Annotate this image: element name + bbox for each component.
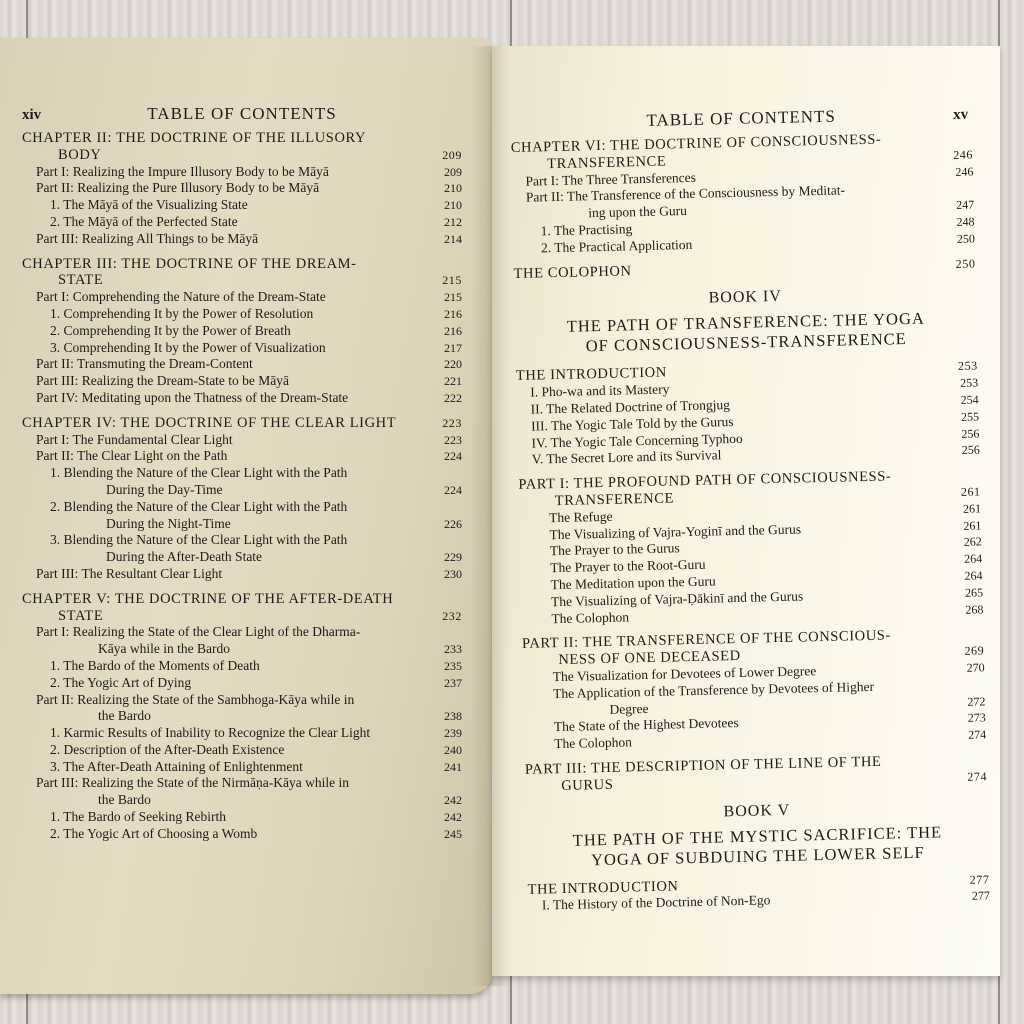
toc-page-number: 222 [432,390,462,407]
toc-page-number: 217 [432,340,462,357]
right-page: TABLE OF CONTENTS xv CHAPTER VI: THE DOC… [492,46,1000,976]
toc-page-number: 277 [960,888,990,905]
toc-entry: 2. Blending the Nature of the Clear Ligh… [22,499,462,533]
toc-entry-title: Part III: The Resultant Clear Light [36,566,222,581]
toc-entry: Part II: Transmuting the Dream-Content22… [22,356,462,373]
toc-entry-title: 1. The Practising [540,221,632,238]
toc-page-number: 268 [953,601,983,618]
toc-entry-title: 3. Blending the Nature of the Clear Ligh… [50,532,347,547]
book-title: THE PATH OF TRANSFERENCE: THE YOGA OF CO… [515,308,978,358]
toc-page-number: 265 [953,584,983,601]
toc-entry-title: 1. The Bardo of the Moments of Death [50,658,260,673]
toc-entry: 1. Karmic Results of Inability to Recogn… [22,725,462,742]
toc-page-number: 261 [951,517,981,534]
toc-page-number: 253 [948,358,978,375]
toc-entry: 1. The Bardo of the Moments of Death235 [22,658,462,675]
toc-page-number: 233 [432,641,462,658]
toc-page-number: 226 [432,516,462,533]
toc-page-number: 255 [949,408,979,425]
toc-entry: Part III: Realizing All Things to be Māy… [22,231,462,248]
toc-page-number: 238 [432,708,462,725]
toc-page-number: 216 [432,323,462,340]
toc-entry-title: Part II: The Clear Light on the Path [36,448,227,463]
toc-entry-title: CHAPTER III: THE DOCTRINE OF THE DREAM- [22,256,357,272]
toc-entry-title: Part I: The Fundamental Clear Light [36,432,233,447]
toc-page-number: 277 [959,871,989,888]
toc-entry-title-continuation: Kāya while in the Bardo [36,641,428,658]
toc-entry-title: 2. The Māyā of the Perfected State [50,214,238,229]
left-toc: xiv TABLE OF CONTENTS CHAPTER II: THE DO… [22,104,462,843]
toc-page-number: 246 [943,163,973,180]
toc-entry-title-continuation: BODY [22,147,428,164]
toc-page-number: 269 [954,643,984,660]
toc-entry: 3. The After-Death Attaining of Enlighte… [22,759,462,776]
toc-entry-list: THE INTRODUCTION277I. The History of the… [527,871,990,915]
toc-page-number: 261 [951,500,981,517]
toc-entry-title: Part I: Realizing the State of the Clear… [36,624,360,639]
toc-entry-title: 1. The Bardo of Seeking Rebirth [50,809,226,824]
toc-page-number: 209 [432,147,462,164]
toc-entry: Part I: Realizing the Impure Illusory Bo… [22,164,462,181]
toc-entry: Part II: The Clear Light on the Path224 [22,448,462,465]
toc-page-number: 229 [432,549,462,566]
toc-page-number: 256 [949,425,979,442]
toc-entry-title: 1. Comprehending It by the Power of Reso… [50,306,313,321]
left-page: xiv TABLE OF CONTENTS CHAPTER II: THE DO… [0,38,492,994]
book-title: THE PATH OF THE MYSTIC SACRIFICE: THE YO… [526,821,989,871]
toc-page-number: 230 [432,566,462,583]
toc-page-number: 223 [432,432,462,449]
toc-entry-list: CHAPTER II: THE DOCTRINE OF THE ILLUSORY… [22,130,462,843]
toc-page-number: 237 [432,675,462,692]
toc-entry-title: The Refuge [549,509,613,525]
toc-entry-title-continuation: the Bardo [36,792,428,809]
toc-entry-title: 1. The Māyā of the Visualizing State [50,197,248,212]
toc-page-number: 216 [432,306,462,323]
toc-entry-title: 3. The After-Death Attaining of Enlighte… [50,759,303,774]
toc-entry-title: Part III: Realizing the Dream-State to b… [36,373,289,388]
running-head-title: TABLE OF CONTENTS [510,104,972,134]
toc-entry-title: The State of the Highest Devotees [554,715,739,734]
toc-page-number: 270 [955,659,985,676]
toc-page-number: 215 [432,272,462,289]
right-toc: TABLE OF CONTENTS xv CHAPTER VI: THE DOC… [510,104,990,915]
toc-page-number: 246 [943,146,973,163]
toc-entry-title: The Colophon [554,735,632,752]
toc-page-number: 273 [956,710,986,727]
running-head-title: TABLE OF CONTENTS [22,104,462,124]
toc-entry-title: The Prayer to the Gurus [550,541,680,559]
toc-entry: Part III: The Resultant Clear Light230 [22,566,462,583]
toc-page-number: 274 [956,726,986,743]
toc-entry-title: I. Pho-wa and its Mastery [530,382,669,400]
toc-entry-title: CHAPTER II: THE DOCTRINE OF THE ILLUSORY [22,130,366,146]
toc-entry: 3. Comprehending It by the Power of Visu… [22,340,462,357]
toc-entry-title: 2. Comprehending It by the Power of Brea… [50,323,291,338]
toc-page-number: 210 [432,197,462,214]
toc-page-number: 264 [952,567,982,584]
toc-entry-title: 1. Blending the Nature of the Clear Ligh… [50,465,347,480]
toc-entry-title-continuation: the Bardo [36,708,428,725]
toc-entry: 2. Description of the After-Death Existe… [22,742,462,759]
toc-entry: Part I: The Fundamental Clear Light223 [22,432,462,449]
toc-entry-title: 2. Description of the After-Death Existe… [50,742,284,757]
toc-entry: 1. The Māyā of the Visualizing State210 [22,197,462,214]
toc-page-number: 220 [432,356,462,373]
toc-page-number: 212 [432,214,462,231]
toc-entry: Part III: Realizing the Dream-State to b… [22,373,462,390]
toc-entry-title: 2. Blending the Nature of the Clear Ligh… [50,499,347,514]
toc-page-number: 242 [432,809,462,826]
toc-page-number: 274 [957,768,987,785]
toc-entry: Part II: Realizing the Pure Illusory Bod… [22,180,462,197]
page-folio: xiv [22,107,41,124]
toc-page-number: 240 [432,742,462,759]
toc-page-number: 235 [432,658,462,675]
toc-entry: 3. Blending the Nature of the Clear Ligh… [22,532,462,566]
toc-entry-title: Part III: Realizing All Things to be Māy… [36,231,258,246]
toc-entry-title: Part I: The Three Transferences [525,169,696,188]
toc-entry: THE COLOPHON250 [513,255,975,282]
toc-entry: 2. The Māyā of the Perfected State212 [22,214,462,231]
toc-entry-title: THE COLOPHON [513,263,631,282]
toc-entry-title-continuation: During the Day-Time [50,482,428,499]
toc-page-number: 241 [432,759,462,776]
toc-entry-title: Part II: Transmuting the Dream-Content [36,356,253,371]
toc-entry-title: Part IV: Meditating upon the Thatness of… [36,390,348,405]
toc-entry-title: Part III: Realizing the State of the Nir… [36,775,349,790]
toc-entry-title: The Prayer to the Root-Guru [550,557,706,576]
toc-page-number: 262 [952,534,982,551]
toc-page-number: 221 [432,373,462,390]
toc-entry: CHAPTER V: THE DOCTRINE OF THE AFTER-DEA… [22,591,462,625]
toc-page-number: 250 [945,255,975,272]
toc-entry: PART III: THE DESCRIPTION OF THE LINE OF… [525,751,988,795]
toc-page-number: 256 [950,442,980,459]
book-heading: BOOK IV [514,284,976,312]
toc-page-number: 250 [945,230,975,247]
toc-page-number: 223 [432,415,462,432]
toc-entry-title: The Meditation upon the Guru [551,573,716,592]
toc-entry-title-continuation: During the Night-Time [50,516,428,533]
toc-entry: Part II: Realizing the State of the Samb… [22,692,462,726]
toc-page-number: 214 [432,231,462,248]
toc-entry: 1. Blending the Nature of the Clear Ligh… [22,465,462,499]
toc-page-number: 245 [432,826,462,843]
toc-entry-title: 3. Comprehending It by the Power of Visu… [50,340,326,355]
toc-entry: 1. The Bardo of Seeking Rebirth242 [22,809,462,826]
toc-entry: CHAPTER III: THE DOCTRINE OF THE DREAM-S… [22,256,462,290]
toc-page-number: 272 [955,693,985,710]
toc-page-number: 209 [432,164,462,181]
toc-entry: 2. Comprehending It by the Power of Brea… [22,323,462,340]
running-head: xiv TABLE OF CONTENTS [22,104,462,126]
toc-entry: 1. Comprehending It by the Power of Reso… [22,306,462,323]
page-folio: xv [953,107,968,124]
toc-entry-title: Part I: Realizing the Impure Illusory Bo… [36,164,329,179]
toc-entry-title: 1. Karmic Results of Inability to Recogn… [50,725,370,740]
toc-entry-title-continuation: During the After-Death State [50,549,428,566]
toc-entry-title: Part I: Comprehending the Nature of the … [36,289,326,304]
toc-entry: Part III: Realizing the State of the Nir… [22,775,462,809]
toc-page-number: 248 [944,213,974,230]
toc-page-number: 264 [952,551,982,568]
toc-page-number: 247 [944,197,974,214]
toc-page-number: 224 [432,482,462,499]
toc-page-number: 239 [432,725,462,742]
toc-entry-list: CHAPTER VI: THE DOCTRINE OF CONSCIOUSNES… [511,130,976,283]
toc-entry: Part I: Comprehending the Nature of the … [22,289,462,306]
toc-entry: Part IV: Meditating upon the Thatness of… [22,390,462,407]
toc-entry-title: The Colophon [551,609,629,626]
toc-entry-title: 2. The Yogic Art of Dying [50,675,191,690]
toc-page-number: 261 [951,483,981,500]
toc-entry: 2. The Yogic Art of Choosing a Womb245 [22,826,462,843]
toc-entry-list: THE INTRODUCTION253I. Pho-wa and its Mas… [516,358,988,795]
toc-entry: Part I: Realizing the State of the Clear… [22,624,462,658]
toc-entry-title-continuation: STATE [22,272,428,289]
toc-entry-title-continuation: STATE [22,608,428,625]
toc-page-number: 232 [432,608,462,625]
toc-entry: CHAPTER II: THE DOCTRINE OF THE ILLUSORY… [22,130,462,164]
toc-entry-title: Part II: Realizing the State of the Samb… [36,692,354,707]
toc-page-number: 242 [432,792,462,809]
toc-entry-title: 2. The Yogic Art of Choosing a Womb [50,826,257,841]
toc-entry-title: CHAPTER IV: THE DOCTRINE OF THE CLEAR LI… [22,415,396,431]
toc-page-number: 254 [948,391,978,408]
toc-entry: CHAPTER IV: THE DOCTRINE OF THE CLEAR LI… [22,415,462,432]
toc-entry-title: Part II: Realizing the Pure Illusory Bod… [36,180,319,195]
toc-page-number: 253 [948,375,978,392]
toc-entry-title: 2. The Practical Application [541,237,693,255]
book-heading: BOOK V [526,797,988,825]
toc-page-number: 215 [432,289,462,306]
toc-entry-title: CHAPTER V: THE DOCTRINE OF THE AFTER-DEA… [22,591,393,607]
toc-entry: 2. The Yogic Art of Dying237 [22,675,462,692]
toc-entry-title: V. The Secret Lore and its Survival [532,448,722,467]
toc-page-number: 210 [432,180,462,197]
toc-page-number: 224 [432,448,462,465]
